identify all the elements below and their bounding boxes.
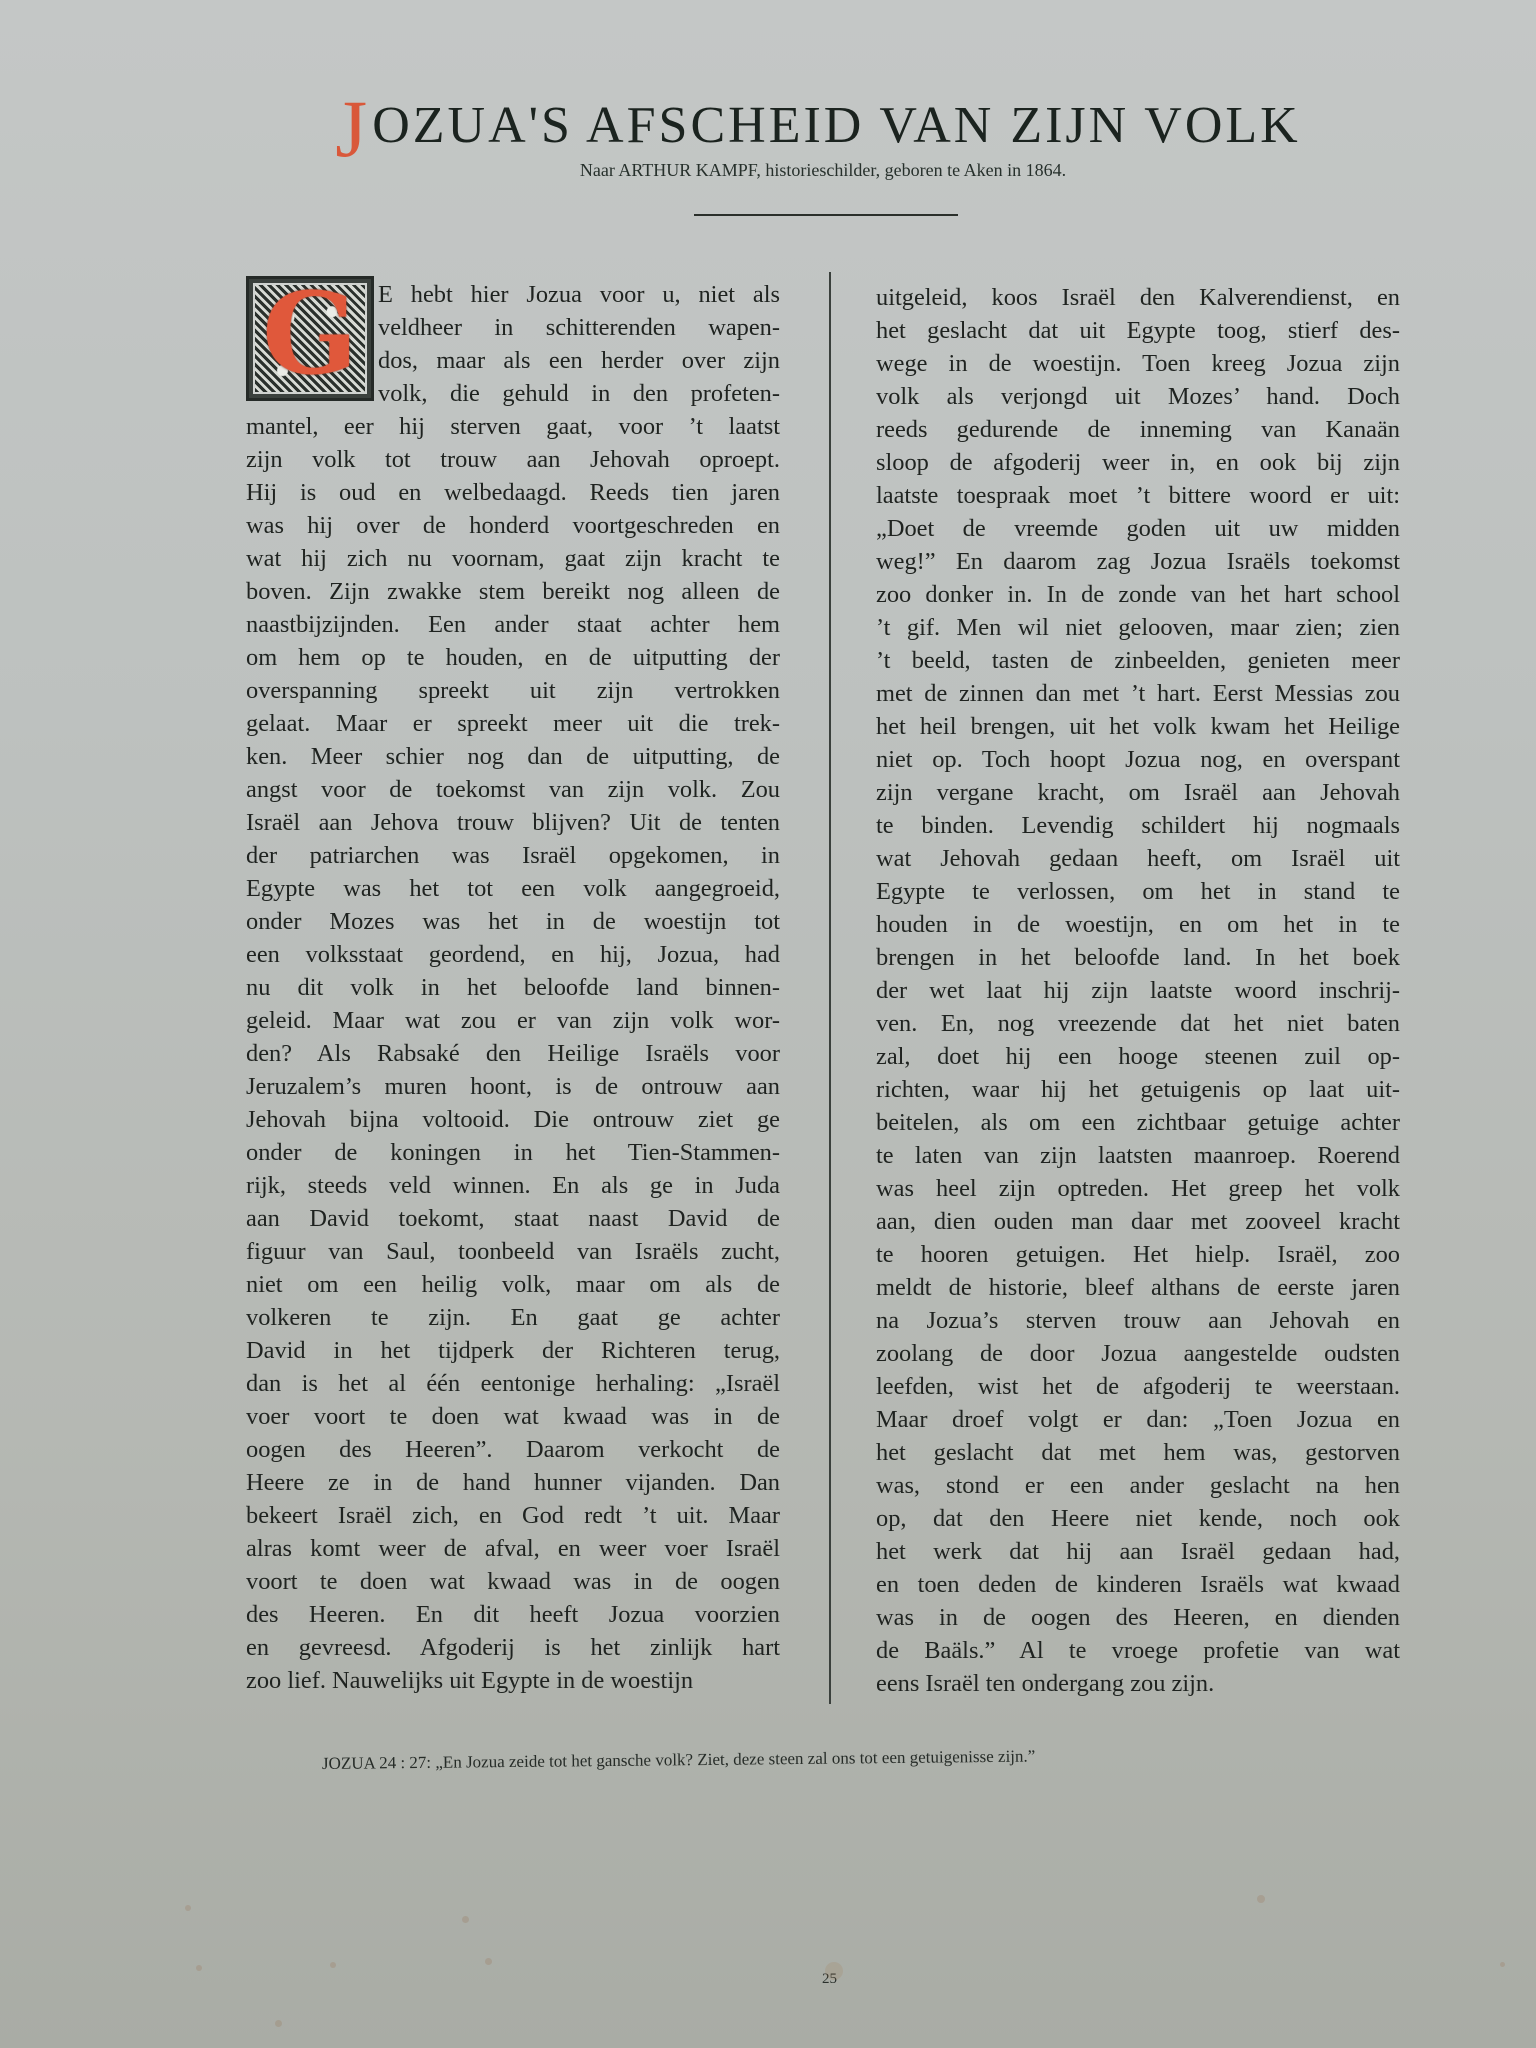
text-line: angst voor de toekomst van zijn volk. Zo… <box>246 773 780 806</box>
text-line: te laten van zijn laatsten maanroep. Roe… <box>876 1139 1400 1172</box>
text-line: Heere ze in de hand hunner vijanden. Dan <box>246 1466 780 1499</box>
text-line: zijn volk tot trouw aan Jehovah oproept. <box>246 443 780 476</box>
text-line: en gevreesd. Afgoderij is het zinlijk ha… <box>246 1631 780 1664</box>
text-line: aan David toekomt, staat naast David de <box>246 1202 780 1235</box>
text-line: eens Israël ten ondergang zou zijn. <box>876 1667 1400 1700</box>
text-line: Israël aan Jehova trouw blijven? Uit de … <box>246 806 780 839</box>
text-line: te binden. Levendig schildert hij nogmaa… <box>876 809 1400 842</box>
paper-spot <box>485 1958 492 1965</box>
text-line: volk, die gehuld in den profeten- <box>246 377 780 410</box>
text-line: Jeruzalem’s muren hoont, is de ontrouw a… <box>246 1070 780 1103</box>
text-line: „Doet de vreemde goden uit uw midden <box>876 512 1400 545</box>
text-line: geleid. Maar wat zou er van zijn volk wo… <box>246 1004 780 1037</box>
text-line: der wet laat hij zijn laatste woord insc… <box>876 974 1400 1007</box>
text-line: Egypte te verlossen, om het in stand te <box>876 875 1400 908</box>
text-line: des Heeren. En dit heeft Jozua voorzien <box>246 1598 780 1631</box>
text-line: wege in de woestijn. Toen kreeg Jozua zi… <box>876 347 1400 380</box>
text-line: mantel, eer hij sterven gaat, voor ’t la… <box>246 410 780 443</box>
text-line: Hij is oud en welbedaagd. Reeds tien jar… <box>246 476 780 509</box>
subtitle-attribution: Naar ARTHUR KAMPF, historieschilder, geb… <box>0 160 1536 181</box>
text-line: voer voort te doen wat kwaad was in de <box>246 1400 780 1433</box>
paper-spot <box>462 1916 469 1923</box>
text-line: onder Mozes was het in de woestijn tot <box>246 905 780 938</box>
text-line: den? Als Rabsaké den Heilige Israëls voo… <box>246 1037 780 1070</box>
title-text: OZUA'S AFSCHEID VAN ZIJN VOLK <box>372 97 1300 154</box>
paper-spot <box>330 1962 336 1968</box>
text-line: wat Jehovah gedaan heeft, om Israël uit <box>876 842 1400 875</box>
text-line: oogen des Heeren”. Daarom verkocht de <box>246 1433 780 1466</box>
text-line: was, stond er een ander geslacht na hen <box>876 1469 1400 1502</box>
paper-spot <box>185 1905 191 1911</box>
text-line: houden in de woestijn, en om het in te <box>876 908 1400 941</box>
text-line: een volksstaat geordend, en hij, Jozua, … <box>246 938 780 971</box>
text-line: zijn vergane kracht, om Israël aan Jehov… <box>876 776 1400 809</box>
text-line: was hij over de honderd voortgeschreden … <box>246 509 780 542</box>
text-line: en toen deden de kinderen Israëls wat kw… <box>876 1568 1400 1601</box>
text-line: Egypte was het tot een volk aangegroeid, <box>246 872 780 905</box>
text-line: Jehovah bijna voltooid. Die ontrouw ziet… <box>246 1103 780 1136</box>
text-line: gelaat. Maar er spreekt meer uit die tre… <box>246 707 780 740</box>
text-line: ’t beeld, tasten de zinbeelden, genieten… <box>876 644 1400 677</box>
text-line: Maar droef volgt er dan: „Toen Jozua en <box>876 1403 1400 1436</box>
text-line: E hebt hier Jozua voor u, niet als <box>246 278 780 311</box>
text-line: rijk, steeds veld winnen. En als ge in J… <box>246 1169 780 1202</box>
title-divider <box>694 214 958 216</box>
book-page: JOZUA'S AFSCHEID VAN ZIJN VOLK Naar ARTH… <box>0 0 1536 2048</box>
text-line: brengen in het beloofde land. In het boe… <box>876 941 1400 974</box>
paper-spot <box>1500 1962 1505 1967</box>
text-line: David in het tijdperk der Richteren teru… <box>246 1334 780 1367</box>
text-line: volk als verjongd uit Mozes’ hand. Doch <box>876 380 1400 413</box>
text-line: zoo donker in. In de zonde van het hart … <box>876 578 1400 611</box>
scripture-caption: JOZUA 24 : 27: „En Jozua zeide tot het g… <box>322 1744 1302 1774</box>
text-line: meldt de historie, bleef althans de eers… <box>876 1271 1400 1304</box>
text-line: zoolang de door Jozua aangestelde oudste… <box>876 1337 1400 1370</box>
text-line: ven. En, nog vreezende dat het niet bate… <box>876 1007 1400 1040</box>
text-line: dos, maar als een herder over zijn <box>246 344 780 377</box>
text-line: het heil brengen, uit het volk kwam het … <box>876 710 1400 743</box>
paper-spot <box>1257 1895 1265 1903</box>
text-line: niet om een heilig volk, maar om als de <box>246 1268 780 1301</box>
text-line: nu dit volk in het beloofde land binnen- <box>246 971 780 1004</box>
text-line: dan is het al één eentonige herhaling: „… <box>246 1367 780 1400</box>
text-line: der patriarchen was Israël opgekomen, in <box>246 839 780 872</box>
text-line: bekeert Israël zich, en God redt ’t uit.… <box>246 1499 780 1532</box>
text-line: laatste toespraak moet ’t bittere woord … <box>876 479 1400 512</box>
text-line: te hooren getuigen. Het hielp. Israël, z… <box>876 1238 1400 1271</box>
text-line: figuur van Saul, toonbeeld van Israëls z… <box>246 1235 780 1268</box>
column-divider <box>829 272 831 1704</box>
paper-spot <box>825 1962 843 1980</box>
text-line: met de zinnen dan met ’t hart. Eerst Mes… <box>876 677 1400 710</box>
text-line: richten, waar hij het getuigenis op laat… <box>876 1073 1400 1106</box>
text-line: reeds gedurende de inneming van Kanaän <box>876 413 1400 446</box>
text-line: onder de koningen in het Tien-Stammen- <box>246 1136 780 1169</box>
text-line: wat hij zich nu voornam, gaat zijn krach… <box>246 542 780 575</box>
text-line: naastbijzijnden. Een ander staat achter … <box>246 608 780 641</box>
text-line: op, dat den Heere niet kende, noch ook <box>876 1502 1400 1535</box>
text-line: boven. Zijn zwakke stem bereikt nog alle… <box>246 575 780 608</box>
text-line: het geslacht dat uit Egypte toog, stierf… <box>876 314 1400 347</box>
text-line: sloop de afgoderij weer in, en ook bij z… <box>876 446 1400 479</box>
text-line: beitelen, als om een zichtbaar getuige a… <box>876 1106 1400 1139</box>
text-column-left: E hebt hier Jozua voor u, niet alsveldhe… <box>246 278 780 1697</box>
text-line: aan, dien ouden man daar met zooveel kra… <box>876 1205 1400 1238</box>
text-line: was heel zijn optreden. Het greep het vo… <box>876 1172 1400 1205</box>
text-line: het geslacht dat met hem was, gestorven <box>876 1436 1400 1469</box>
text-line: veldheer in schitterenden wapen- <box>246 311 780 344</box>
text-line: zoo lief. Nauwelijks uit Egypte in de wo… <box>246 1664 780 1697</box>
text-column-right: uitgeleid, koos Israël den Kalverendiens… <box>876 281 1400 1700</box>
text-line: alras komt weer de afval, en weer voer I… <box>246 1532 780 1565</box>
text-line: niet op. Toch hoopt Jozua nog, en oversp… <box>876 743 1400 776</box>
text-line: na Jozua’s sterven trouw aan Jehovah en <box>876 1304 1400 1337</box>
text-line: ’t gif. Men wil niet gelooven, maar zien… <box>876 611 1400 644</box>
text-line: de Baäls.” Al te vroege profetie van wat <box>876 1634 1400 1667</box>
text-line: uitgeleid, koos Israël den Kalverendiens… <box>876 281 1400 314</box>
text-line: het werk dat hij aan Israël gedaan had, <box>876 1535 1400 1568</box>
text-line: leefden, wist het de afgoderij te weerst… <box>876 1370 1400 1403</box>
text-line: was in de oogen des Heeren, en dienden <box>876 1601 1400 1634</box>
paper-spot <box>196 1965 202 1971</box>
text-line: weg!” En daarom zag Jozua Israëls toekom… <box>876 545 1400 578</box>
text-line: volkeren te zijn. En gaat ge achter <box>246 1301 780 1334</box>
text-line: zal, doet hij een hooge steenen zuil op- <box>876 1040 1400 1073</box>
text-line: voort te doen wat kwaad was in de oogen <box>246 1565 780 1598</box>
paper-spot <box>275 2020 282 2027</box>
text-line: ken. Meer schier nog dan de uitputting, … <box>246 740 780 773</box>
text-line: overspanning spreekt uit zijn vertrokken <box>246 674 780 707</box>
text-line: om hem op te houden, en de uitputting de… <box>246 641 780 674</box>
